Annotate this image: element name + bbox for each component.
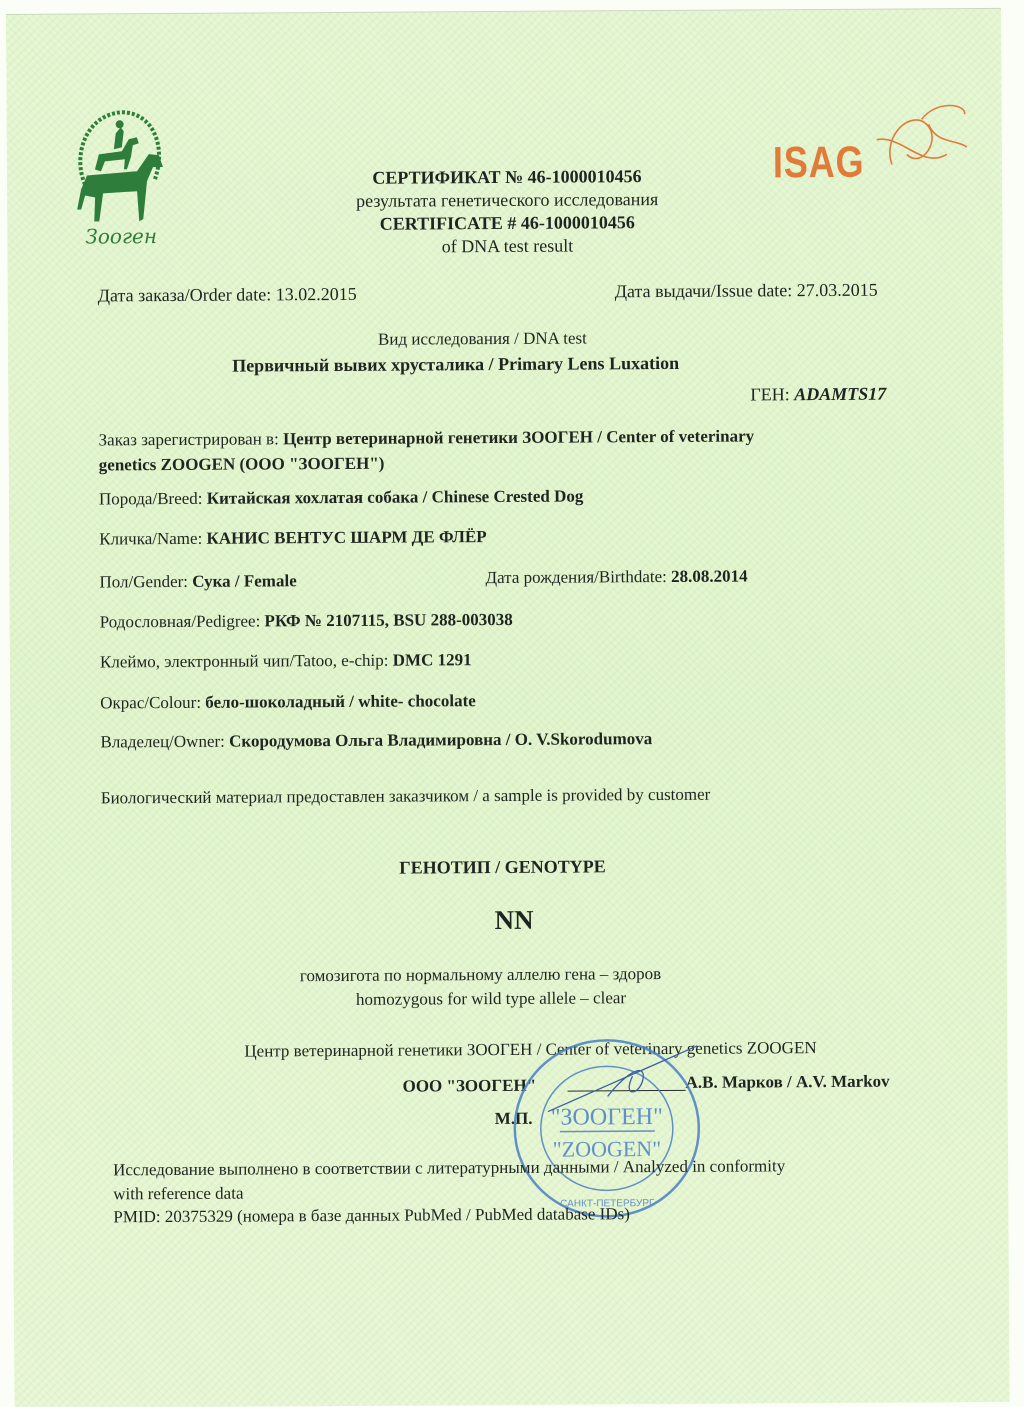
genotype-description-ru: гомозигота по нормальному аллелю гена – … [300,964,661,986]
tattoo-chip: Клеймо, электронный чип/Tatoo, e-chip: D… [100,650,472,672]
isag-dna-mark-icon [867,99,977,180]
certificate-title-block: СЕРТИФИКАТ № 46-1000010456 результата ге… [307,165,708,259]
gene: ГЕН: ADAMTS17 [750,384,886,406]
order-date: Дата заказа/Order date: 13.02.2015 [98,284,357,307]
signer-name: А.В. Марков / A.V. Markov [685,1072,889,1093]
birthdate: Дата рождения/Birthdate: 28.08.2014 [485,566,747,588]
handwritten-signature-icon [547,1041,707,1122]
registered-at: Заказ зарегистрирован в: Центр ветеринар… [99,423,755,477]
pmid-reference: PMID: 20375329 (номера в базе данных Pub… [113,1204,630,1227]
conformity-note: Исследование выполнено в соответствии с … [113,1154,785,1206]
owner: Владелец/Owner: Скородумова Ольга Владим… [100,729,652,752]
title-ru: СЕРТИФИКАТ № 46-1000010456 [307,165,707,190]
dna-test-label: Вид исследования / DNA test [378,328,587,349]
certificate-sheet: Зооген СЕРТИФИКАТ № 46-1000010456 резуль… [6,8,1009,1407]
gender: Пол/Gender: Сука / Female [99,571,296,592]
isag-logo: ISAG [773,138,865,189]
sample-note: Биологический материал предоставлен зака… [101,785,711,809]
pedigree: Родословная/Pedigree: РКФ № 2107115, BSU… [100,610,513,633]
subtitle-en: of DNA test result [307,234,707,259]
title-en: CERTIFICATE # 46-1000010456 [307,211,707,236]
dog-name: Кличка/Name: КАНИС ВЕНТУС ШАРМ ДЕ ФЛЁР [99,527,487,549]
breed: Порода/Breed: Китайская хохлатая собака … [99,486,583,509]
genotype-description-en: homozygous for wild type allele – clear [356,988,626,1010]
colour: Окрас/Colour: бело-шоколадный / white- c… [100,691,476,713]
dna-test-name: Первичный вывих хрусталика / Primary Len… [232,353,679,377]
zoogen-horse-logo-icon: Зооген [67,109,173,250]
issue-date: Дата выдачи/Issue date: 27.03.2015 [615,280,878,303]
genotype-value: NN [494,905,533,936]
genotype-heading: ГЕНОТИП / GENOTYPE [399,856,606,878]
svg-text:Зооген: Зооген [85,224,157,248]
subtitle-ru: результата генетического исследования [307,188,707,213]
